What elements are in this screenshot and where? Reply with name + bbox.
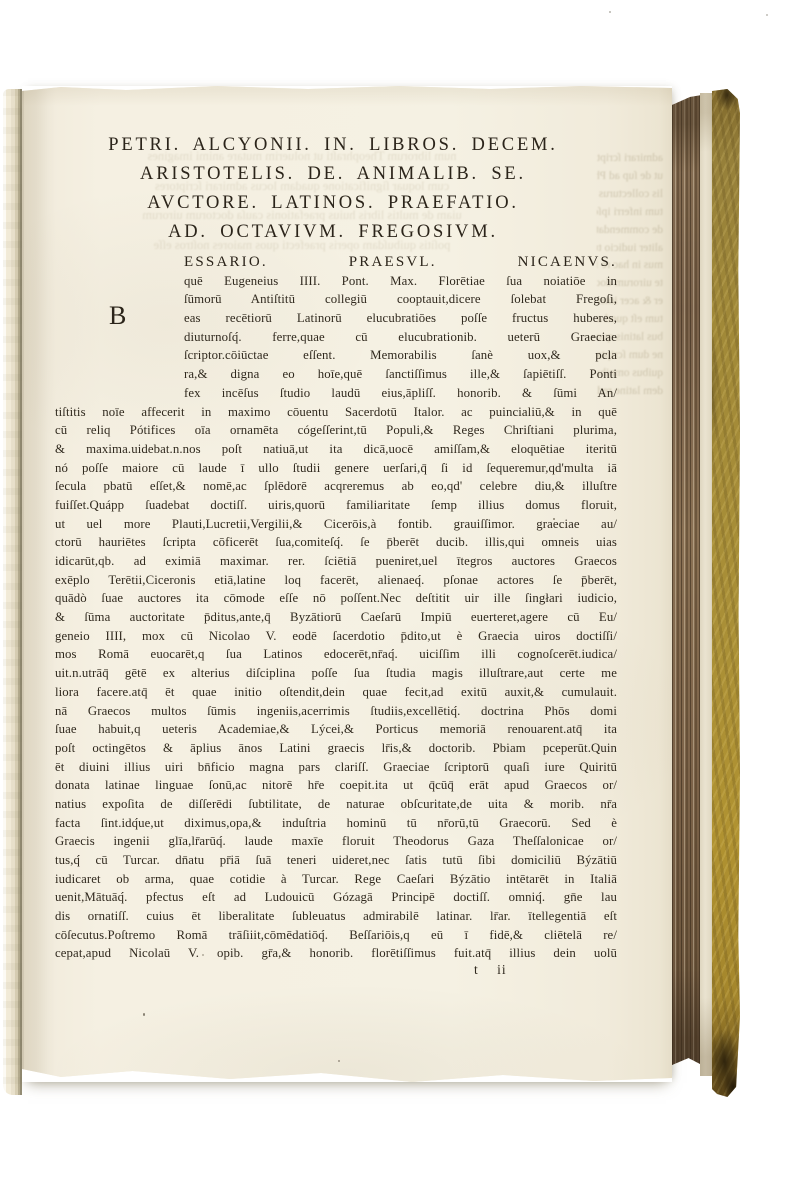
cover-inner-strip <box>700 93 713 1076</box>
text-line: quē Eugeneius IIII. Pont. Max. Florētiae… <box>184 272 617 291</box>
indented-lines: quē Eugeneius IIII. Pont. Max. Florētiae… <box>55 272 617 403</box>
text-line: & maxima.uidebat.n.nos poſt natiuā,ut it… <box>55 440 617 459</box>
text-line: geneio IIII, mox cū Nicolao V. eodē ſace… <box>55 627 617 646</box>
ink-speck <box>592 336 594 338</box>
text-line: ſcriptor.cōiūctae eſſent. Memorabilis ſa… <box>184 346 617 365</box>
heading-line: AD. OCTAVIVM. FREGOSIVM. <box>52 218 614 247</box>
text-line: liora facere.atq̄ ēt quae initio oſtendi… <box>55 683 617 702</box>
text-line: cū reliq Pótifices oīa ornamēta cógeſſer… <box>55 421 617 440</box>
guide-letter-drop-cap: B <box>109 303 126 329</box>
text-line: poſt octingētos & āplius ānos Latini gra… <box>55 739 617 758</box>
text-line: uit.n.utrāq̄ gētē ex alterius diſciplina… <box>55 664 617 683</box>
text-line: ut uel more Plauti,Lucretii,Vergilii,& C… <box>55 515 617 534</box>
dust-speck <box>766 14 768 16</box>
text-line: nó poſſe maiore cū laude ī ullo ſtudii g… <box>55 459 617 478</box>
text-line: fex incēſus ſtudio laudū eius,āpliſſ. ho… <box>184 384 617 403</box>
text-line: tiſtitis noīe affecerit in maximo cōuent… <box>55 403 617 422</box>
text-line: mos Romā euocarēt,q ſua Latinos edocerēt… <box>55 645 617 664</box>
quire-signature-mark: t ii <box>474 962 507 978</box>
page-recto: num librorum Theophraſti ut noluerim mut… <box>22 84 672 1084</box>
text-line: uenit,Mātuāq́. pfectus eſt ad Ludouicū G… <box>55 888 617 907</box>
ink-speck <box>202 954 204 956</box>
printed-content: PETRI. ALCYONII. IN. LIBROS. DECEM.ARIST… <box>52 84 614 1084</box>
text-line: ctorū hauriētes ſcripta cōficerēt ſua,co… <box>55 533 617 552</box>
full-width-lines: tiſtitis noīe affecerit in maximo cōuent… <box>55 403 617 964</box>
book: num librorum Theophraſti ut noluerim mut… <box>3 84 740 1098</box>
text-line: iudicaret ob arma, quae cotidie à Turcar… <box>55 870 617 889</box>
ink-speck <box>553 518 555 520</box>
text-line: ēt diuini illius uiri bn̄ficio magna par… <box>55 758 617 777</box>
text-line: donata latinae linguae ſonū,ac nitorē hr… <box>55 776 617 795</box>
text-line: ra,& digna eo hoīe,quē ſanctiſſimus ille… <box>184 365 617 384</box>
text-line: Graecis ingenii glīa,lr̄arūq́. laude max… <box>55 832 617 851</box>
text-line: eas recētiorū Latinorū elucubratiōes poſ… <box>184 309 617 328</box>
vellum-cover-edge <box>712 89 740 1097</box>
opening-caps-line: ESSARIO. PRAESVL. NICAENVS. <box>184 253 617 272</box>
text-line: diuturnoſq́. ferre,quae cū elucubrationi… <box>184 328 617 347</box>
heading-line: ARISTOTELIS. DE. ANIMALIB. SE. <box>52 160 614 189</box>
text-line: idicarūt,qb. ad eximiā maximar. rer. ſci… <box>55 552 617 571</box>
text-line: exēplo Terētii,Ciceronis etiā,latine loq… <box>55 571 617 590</box>
text-line: ſuae habuit,q ueteris Academiae,& Lýcei,… <box>55 720 617 739</box>
preface-paragraph: B ESSARIO. PRAESVL. NICAENVS. quē Eugene… <box>55 253 617 963</box>
text-line: cepat,apud Nicolaū V. opib. gr̄a,& honor… <box>55 944 617 963</box>
heading-line: AVCTORE. LATINOS. PRAEFATIO. <box>52 189 614 218</box>
text-line: & ſūma auctoritate p̄ditus,ante,q̄ Byzāt… <box>55 608 617 627</box>
gutter-page-fold <box>3 89 22 1095</box>
ink-speck <box>143 1013 145 1016</box>
text-line: fuiſſet.Quápp ſuadebat doctiſſ. uiris,qu… <box>55 496 617 515</box>
text-line: dis ornatiſſ. cuius ēt liberalitate ſubl… <box>55 907 617 926</box>
book-photo: num librorum Theophraſti ut noluerim mut… <box>0 0 800 1200</box>
heading-block: PETRI. ALCYONII. IN. LIBROS. DECEM.ARIST… <box>52 131 614 247</box>
text-line: nā Graecos multos ſūmis ingeniis,acerrim… <box>55 702 617 721</box>
dust-speck <box>609 11 611 13</box>
text-line: ſecula pbatū eſſet,& nomē,ac ſplēdorē ac… <box>55 477 617 496</box>
text-line: cōſecutus.Poſtremo Romā trāſiiit,cōmēdat… <box>55 926 617 945</box>
heading-line: PETRI. ALCYONII. IN. LIBROS. DECEM. <box>52 131 614 160</box>
text-line: ſūmorū Antiſtitū collegiū cooptauit,dice… <box>184 290 617 309</box>
text-line: natius expoſita de diſſerēdi ſubtilitate… <box>55 795 617 814</box>
ink-speck <box>338 1060 340 1062</box>
text-line: facta ſint.idq́ue,ut diximus,opa,& induſ… <box>55 814 617 833</box>
textblock-fore-edge <box>672 95 702 1067</box>
text-line: tus,q́ cū Turcar. dn̄atu pr̄iā ſuā tener… <box>55 851 617 870</box>
text-line: quādò ſuae auctores ita cōmode eſſe nō p… <box>55 589 617 608</box>
